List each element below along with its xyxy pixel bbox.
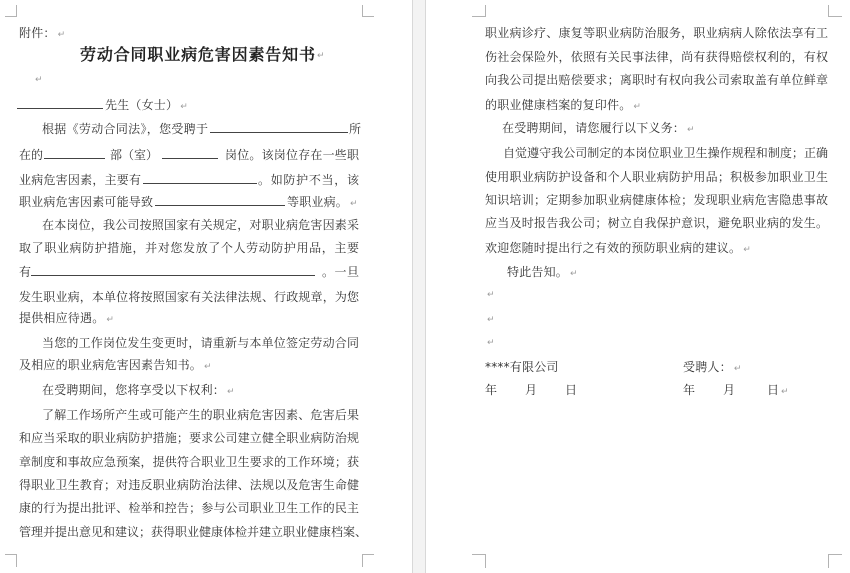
paragraph-mark-icon: ↵: [487, 312, 495, 328]
empty-paragraph: ↵: [426, 312, 850, 328]
paragraph-mark-icon: ↵: [781, 387, 789, 397]
body-line: 有 。一旦: [0, 264, 412, 280]
empty-paragraph: ↵: [0, 72, 412, 88]
company-date-day: 日: [565, 382, 577, 398]
document-page-1: 附件：↵ 劳动合同职业病危害因素告知书 ↵ ↵ 先生（女士）↵ 根据《劳动合同法…: [0, 0, 413, 573]
paragraph-mark-icon: ↵: [687, 125, 695, 135]
body-text: 知识培训；定期参加职业病健康体检；发现职业病危害隐患事故: [485, 192, 828, 208]
body-line: 根据《劳动合同法》，您受聘于 所: [0, 121, 412, 137]
body-text: 当您的工作岗位发生变更时，请重新与本单位签定劳动合同: [42, 335, 359, 351]
body-text: 所: [349, 121, 361, 137]
obligations-heading: 在受聘期间，请您履行以下义务：↵: [502, 120, 695, 136]
body-text: 职业病危害因素可能导致: [19, 194, 153, 210]
page-separator: [413, 0, 425, 573]
body-text: 康的行为提出批评、检举和控告；参与公司职业卫生工作的民主: [19, 500, 359, 516]
obligations-heading-line: 在受聘期间，请您履行以下义务：↵: [426, 120, 850, 136]
body-text: 等职业病。: [287, 195, 348, 209]
body-text: 有: [19, 264, 31, 280]
body-text: 向我公司提出赔偿要求；离职时有权向我公司索取盖有单位鲜章: [485, 72, 828, 88]
paragraph-mark-icon: ↵: [317, 45, 325, 65]
body-text: 提供相应待遇。: [19, 311, 104, 325]
body-text-end: 欢迎您随时提出行之有效的预防职业病的建议。↵: [485, 240, 751, 256]
margin-corner-mark-bottom-right: [362, 554, 374, 567]
body-text: 取了职业病防护措施，并对您发放了个人劳动防护用品，主要: [19, 240, 359, 256]
body-text: 欢迎您随时提出行之有效的预防职业病的建议。: [485, 241, 741, 255]
body-line: 业病危害因素，主要有 。如防护不当，该: [0, 172, 412, 188]
margin-corner-mark-bottom-right: [828, 554, 842, 568]
document-page-2: 职业病诊疗、康复等职业病防治服务，职业病病人除依法享有工 伤社会保险外，依照有关…: [425, 0, 850, 573]
closing-text: 特此告知。↵: [507, 264, 578, 280]
margin-corner-mark-top-left: [5, 5, 17, 17]
body-line: 得职业卫生教育；对违反职业病防治法律、法规以及危害生命健: [0, 477, 412, 493]
occupational-disease-blank[interactable]: [155, 198, 285, 206]
paragraph-mark-icon: ↵: [633, 102, 641, 112]
body-line: 发生职业病，本单位将按照国家有关法律法规、行政规章，为您: [0, 289, 412, 305]
body-line: 向我公司提出赔偿要求；离职时有权向我公司索取盖有单位鲜章: [426, 72, 850, 88]
body-text: 了解工作场所产生或可能产生的职业病危害因素、危害后果: [42, 407, 359, 423]
body-text: 伤社会保险外，依照有关民事法律，尚有获得赔偿权利的，有权: [485, 49, 828, 65]
body-text: 和应当采取的职业病防护措施；要求公司建立健全职业病防治规: [19, 430, 359, 446]
attachment-line: 附件：↵: [0, 25, 412, 41]
body-line: 章制度和事故应急预案，提供符合职业卫生要求的工作环境；获: [0, 454, 412, 470]
paragraph-mark-icon: ↵: [570, 269, 578, 279]
body-text: 使用职业病防护设备和个人职业病防护用品；积极参加职业卫生: [485, 169, 828, 185]
paragraph-mark-icon: ↵: [58, 30, 66, 40]
body-line: 当您的工作岗位发生变更时，请重新与本单位签定劳动合同: [0, 335, 412, 351]
body-text: 职业病诊疗、康复等职业病防治服务，职业病病人除依法享有工: [485, 25, 828, 41]
signature-line: ****有限公司 受聘人：↵: [426, 359, 850, 375]
body-text-end: 及相应的职业病危害因素告知书。↵: [19, 357, 212, 373]
body-line: 欢迎您随时提出行之有效的预防职业病的建议。↵: [426, 240, 850, 256]
body-text: 及相应的职业病危害因素告知书。: [19, 358, 202, 372]
body-line: 伤社会保险外，依照有关民事法律，尚有获得赔偿权利的，有权: [426, 49, 850, 65]
employee-name-blank[interactable]: [17, 101, 103, 109]
closing-line: 特此告知。↵: [426, 264, 850, 280]
body-line: 的职业健康档案的复印件。↵: [426, 97, 850, 113]
salutation-suffix-text: 先生（女士）: [105, 98, 178, 112]
paragraph-mark-icon: ↵: [227, 387, 235, 397]
margin-corner-mark-bottom-left: [472, 554, 486, 568]
paragraph-mark-icon: ↵: [734, 364, 742, 374]
body-line: 提供相应待遇。↵: [0, 310, 412, 326]
body-line: 使用职业病防护设备和个人职业病防护用品；积极参加职业卫生: [426, 169, 850, 185]
company-date-month: 月: [525, 382, 537, 398]
body-line: 职业病危害因素可能导致 等职业病。↵: [0, 194, 412, 210]
body-line: 知识培训；定期参加职业病健康体检；发现职业病危害隐患事故: [426, 192, 850, 208]
body-text: 在本岗位，我公司按照国家有关规定，对职业病危害因素采: [42, 217, 359, 233]
body-text: 得职业卫生教育；对违反职业病防治法律、法规以及危害生命健: [19, 477, 359, 493]
salutation-line: 先生（女士）↵: [0, 97, 412, 113]
paragraph-mark-icon: ↵: [487, 287, 495, 303]
hazard-factors-blank[interactable]: [143, 176, 257, 184]
body-text: 岗位。该岗位存在一些职: [225, 147, 359, 163]
salutation-suffix: 先生（女士）↵: [105, 97, 188, 113]
company-date-year: 年: [485, 382, 497, 398]
rights-heading: 在受聘期间，您将享受以下权利：↵: [42, 382, 235, 398]
body-text: 根据《劳动合同法》，您受聘于: [42, 121, 208, 137]
body-text: 应当及时报告我公司；树立自我保护意识，避免职业病的发生。: [485, 215, 828, 231]
employee-date-year: 年: [683, 382, 695, 398]
body-text: 在受聘期间，您将享受以下权利：: [42, 383, 225, 397]
employee-date-month: 月: [723, 382, 735, 398]
body-text: 特此告知。: [507, 265, 568, 279]
body-line: 管理并提出意见和建议；获得职业健康体检并建立职业健康档案、: [0, 524, 412, 540]
paragraph-mark-icon: ↵: [180, 102, 188, 112]
body-text-end: 等职业病。↵: [287, 194, 358, 210]
body-text: 业病危害因素，主要有: [19, 172, 141, 188]
body-line: 在的 部（室） 岗位。该岗位存在一些职: [0, 147, 412, 163]
body-line: 职业病诊疗、康复等职业病防治服务，职业病病人除依法享有工: [426, 25, 850, 41]
attachment-label-text: 附件：: [19, 26, 56, 40]
protective-equipment-blank[interactable]: [31, 268, 315, 276]
paragraph-mark-icon: ↵: [106, 315, 114, 325]
body-line: 应当及时报告我公司；树立自我保护意识，避免职业病的发生。: [426, 215, 850, 231]
paragraph-mark-icon: ↵: [35, 72, 43, 88]
body-line: 康的行为提出批评、检举和控告；参与公司职业卫生工作的民主: [0, 500, 412, 516]
paragraph-mark-icon: ↵: [743, 245, 751, 255]
margin-corner-mark-bottom-left: [5, 554, 17, 567]
body-text: 部（室）: [110, 147, 157, 163]
body-text: 的职业健康档案的复印件。: [485, 98, 631, 112]
paragraph-mark-icon: ↵: [350, 199, 358, 209]
company-name: ****有限公司: [485, 359, 559, 375]
attachment-label: 附件：↵: [19, 25, 65, 41]
body-text: 。一旦: [322, 264, 359, 280]
body-line: 和应当采取的职业病防护措施；要求公司建立健全职业病防治规: [0, 430, 412, 446]
body-line: 在本岗位，我公司按照国家有关规定，对职业病危害因素采: [0, 217, 412, 233]
department-blank[interactable]: [44, 151, 105, 159]
employee-signature-label: 受聘人：↵: [683, 359, 741, 375]
body-line: 及相应的职业病危害因素告知书。↵: [0, 357, 412, 373]
body-text: 自觉遵守我公司制定的本岗位职业卫生操作规程和制度；正确: [503, 145, 828, 161]
employee-label-text: 受聘人：: [683, 360, 732, 374]
body-line: 自觉遵守我公司制定的本岗位职业卫生操作规程和制度；正确: [426, 145, 850, 161]
body-text: 章制度和事故应急预案，提供符合职业卫生要求的工作环境；获: [19, 454, 359, 470]
empty-paragraph: ↵: [426, 287, 850, 303]
paragraph-mark-icon: ↵: [487, 335, 495, 351]
empty-paragraph: ↵: [426, 335, 850, 351]
body-text: 管理并提出意见和建议；获得职业健康体检并建立职业健康档案、: [19, 524, 367, 540]
paragraph-mark-icon: ↵: [204, 362, 212, 372]
margin-corner-mark-top-left: [472, 5, 486, 17]
body-text: 发生职业病，本单位将按照国家有关法律法规、行政规章，为您: [19, 289, 359, 305]
body-text-end: 提供相应待遇。↵: [19, 310, 114, 326]
margin-corner-mark-top-right: [828, 5, 842, 17]
body-text: 在受聘期间，请您履行以下义务：: [502, 121, 685, 135]
body-line: 了解工作场所产生或可能产生的职业病危害因素、危害后果: [0, 407, 412, 423]
body-text: 在的: [19, 147, 43, 163]
body-text: 。如防护不当，该: [258, 172, 359, 188]
document-title: 劳动合同职业病危害因素告知书: [80, 45, 315, 65]
margin-corner-mark-top-right: [362, 5, 374, 17]
employee-date-day: 日: [767, 383, 779, 397]
position-blank[interactable]: [162, 151, 218, 159]
employer-name-blank[interactable]: [210, 125, 348, 133]
body-line: 取了职业病防护措施，并对您发放了个人劳动防护用品，主要: [0, 240, 412, 256]
date-line: 年 月 日 年 月 日↵: [426, 382, 850, 398]
rights-heading-line: 在受聘期间，您将享受以下权利：↵: [0, 382, 412, 398]
employee-date-day-group: 日↵: [767, 382, 789, 398]
body-text-end: 的职业健康档案的复印件。↵: [485, 97, 641, 113]
